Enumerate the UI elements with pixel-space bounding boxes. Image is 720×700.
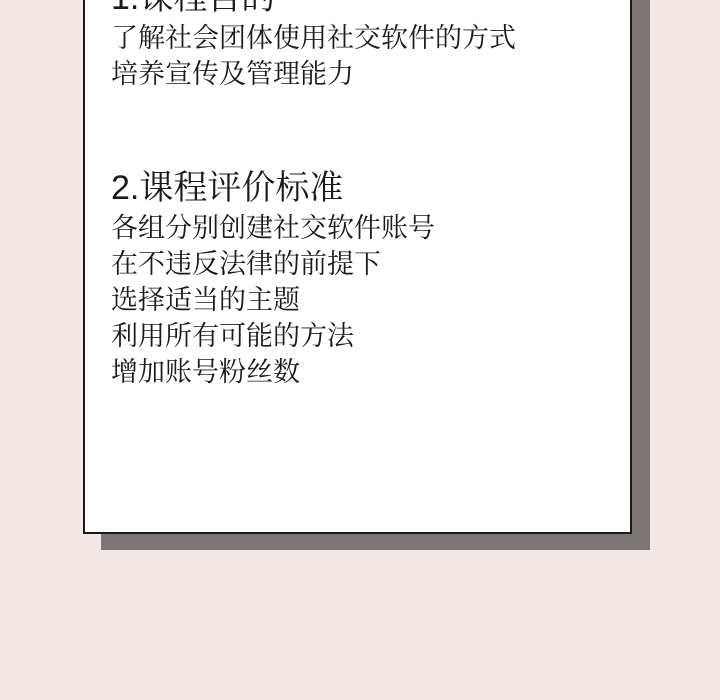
text-line: 各组分别创建社交软件账号 <box>111 210 622 246</box>
section-evaluation-criteria: 2.课程评价标准 各组分别创建社交软件账号 在不违反法律的前提下 选择适当的主题… <box>111 166 622 390</box>
course-objective-heading: 1.课程目的 <box>111 0 622 20</box>
evaluation-criteria-heading: 2.课程评价标准 <box>111 166 622 210</box>
card-content: 1.课程目的 了解社会团体使用社交软件的方式 培养宣传及管理能力 2.课程评价标… <box>111 0 622 390</box>
text-line: 在不违反法律的前提下 <box>111 246 622 282</box>
text-line: 利用所有可能的方法 <box>111 318 622 354</box>
page-background: 1.课程目的 了解社会团体使用社交软件的方式 培养宣传及管理能力 2.课程评价标… <box>0 0 720 700</box>
text-line: 培养宣传及管理能力 <box>111 56 622 92</box>
text-line: 增加账号粉丝数 <box>111 354 622 390</box>
text-line: 选择适当的主题 <box>111 282 622 318</box>
section-course-objective: 1.课程目的 了解社会团体使用社交软件的方式 培养宣传及管理能力 <box>111 0 622 92</box>
text-line: 了解社会团体使用社交软件的方式 <box>111 20 622 56</box>
content-card: 1.课程目的 了解社会团体使用社交软件的方式 培养宣传及管理能力 2.课程评价标… <box>83 0 632 534</box>
